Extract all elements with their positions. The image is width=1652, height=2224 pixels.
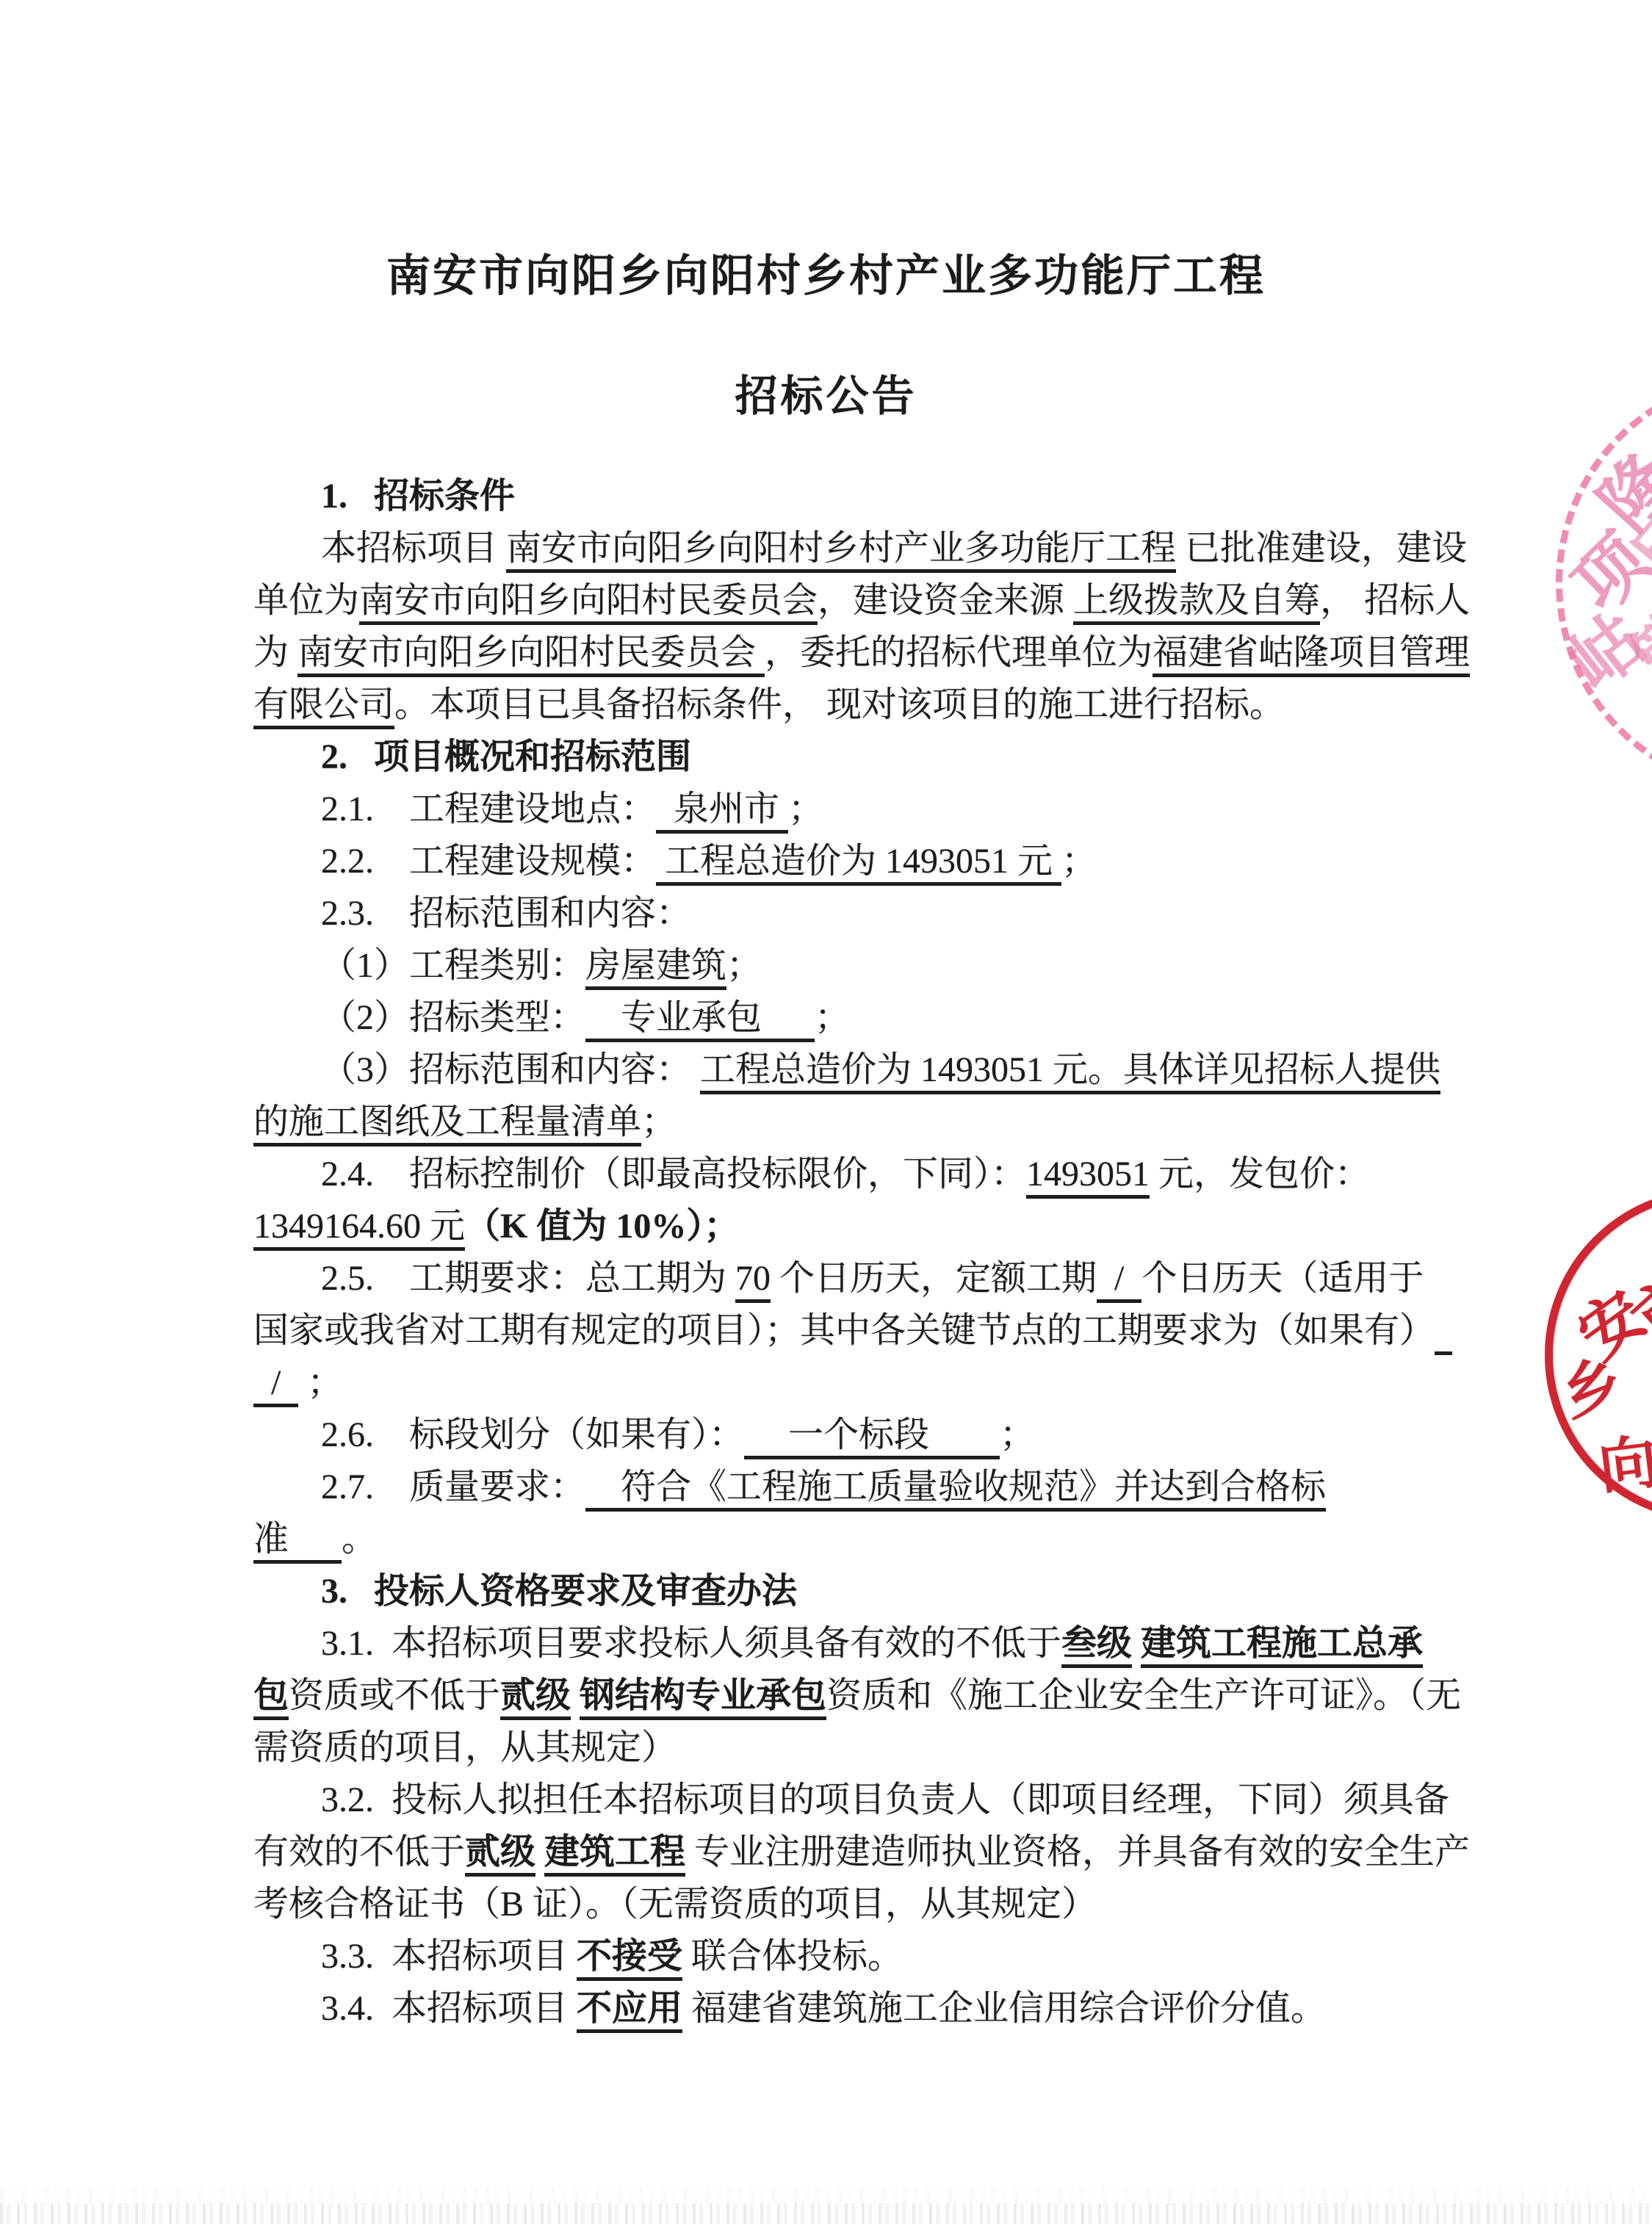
filled-in-value: 符合《工程施工质量验收规范》并达到合格标 (585, 1467, 1326, 1512)
filled-in-value: 南安市向阳乡向阳村乡村产业多功能厅工程 (506, 529, 1176, 573)
text-segment: 3.4. 本招标项目 (321, 1989, 577, 2028)
text-segment: 2.3. 招标范围和内容： (321, 894, 691, 933)
text-segment: 3.2. 投标人拟担任本招标项目的项目负责人（即项目经理，下同）须具备 (321, 1780, 1449, 1819)
seal-character: 隆 (1573, 428, 1652, 548)
filled-in-value: 上级拨款及自筹 (1073, 581, 1320, 625)
text-segment: 3.3. 本招标项目 (321, 1937, 577, 1976)
text-line: （3）招标范围和内容： 工程总造价为 1493051 元。具体详见招标人提供 (253, 1044, 1487, 1096)
seal-character: 安 (1557, 1266, 1652, 1376)
seal-ring (1545, 1188, 1652, 1522)
text-segment: 。本项目已具备招标条件， 现对该项目的施工进行招标。 (394, 685, 1285, 724)
text-segment: ； (726, 946, 762, 985)
text-segment: ； (641, 1102, 677, 1141)
filled-in-value: 建筑工程 (544, 1833, 685, 1877)
text-line: 本招标项目 南安市向阳乡向阳村乡村产业多功能厅工程 已批准建设，建设 (253, 522, 1487, 574)
text-segment (535, 1833, 544, 1871)
text-segment: ； (1000, 1415, 1035, 1454)
text-segment: （2）招标类型： (321, 998, 585, 1037)
seal-character: 市 (1609, 1249, 1652, 1360)
seal-character: 管 (1606, 580, 1652, 701)
text-segment: 1. 招标条件 (321, 477, 515, 516)
text-segment: ，委托的招标代理单位为 (765, 633, 1153, 672)
village-committee-red-seal: 市 安 乡 向阳村 (1545, 1188, 1652, 1522)
filled-in-value: 1349164.60 元 (253, 1207, 465, 1251)
text-line: 3.1. 本招标项目要求投标人须具备有效的不低于叁级 建筑工程施工总承 (253, 1617, 1487, 1669)
seal-character: 向阳村 (1593, 1397, 1652, 1505)
text-segment: 专业注册建造师执业资格，并具备有效的安全生产 (685, 1833, 1470, 1871)
text-line: 单位为南安市向阳乡向阳村民委员会，建设资金来源 上级拨款及自筹， 招标人 (253, 574, 1487, 627)
text-segment: ； (298, 1363, 342, 1402)
text-segment (1132, 1624, 1141, 1663)
filled-in-value: 工程总造价为 1493051 元。具体详见招标人提供 (700, 1050, 1440, 1094)
seal-character: 岵 (1544, 587, 1652, 710)
text-line: 1349164.60 元（K 值为 10%）； (253, 1200, 1487, 1252)
text-line: 有限公司。本项目已具备招标条件， 现对该项目的施工进行招标。 (253, 679, 1487, 731)
filled-in-value: 不应用 (577, 1989, 682, 2033)
text-segment: 已批准建设，建设 (1176, 529, 1467, 568)
text-line: （2）招标类型： 专业承包 ； (253, 992, 1487, 1044)
text-line: 1. 招标条件 (253, 470, 1487, 522)
filled-in-value: 一个标段 (744, 1415, 1000, 1459)
text-segment: （1）工程类别： (321, 946, 585, 985)
text-line: （1）工程类别：房屋建筑； (253, 939, 1487, 992)
text-line: 3. 投标人资格要求及审查办法 (253, 1565, 1487, 1617)
text-segment: 2.7. 质量要求： (321, 1467, 585, 1506)
text-line: / ； (253, 1357, 1487, 1409)
filled-in-value: 南安市向阳乡向阳村民委员会 (297, 633, 765, 677)
scanned-document-page: 南安市向阳乡向阳村乡村产业多功能厅工程 招标公告 1. 招标条件本招标项目 南安… (0, 0, 1652, 2224)
text-segment: ， 招标人 (1320, 581, 1470, 620)
text-segment: 2.6. 标段划分（如果有）： (321, 1415, 744, 1454)
filled-in-value: 建筑工程施工总承 (1141, 1624, 1423, 1668)
filled-in-value: 贰级 (465, 1833, 535, 1877)
filled-in-value: / (253, 1363, 298, 1407)
text-segment: 2.4. 招标控制价（即最高投标限价，下同）： (321, 1155, 1026, 1194)
filled-in-value: 的施工图纸及工程量清单 (253, 1102, 641, 1147)
text-segment: 个日历天，定额工期 (771, 1259, 1097, 1298)
filled-in-value: 70 (735, 1259, 771, 1303)
text-line: 包资质或不低于贰级 钢结构专业承包资质和《施工企业安全生产许可证》。（无 (253, 1669, 1487, 1722)
text-line: 为 南安市向阳乡向阳村民委员会 ，委托的招标代理单位为福建省岵隆项目管理 (253, 627, 1487, 679)
filled-in-value: 钢结构专业承包 (580, 1676, 826, 1720)
text-line: 2.4. 招标控制价（即最高投标限价，下同）：1493051 元，发包价： (253, 1148, 1487, 1200)
text-line: 准 。 (253, 1513, 1487, 1565)
text-line: 2. 项目概况和招标范围 (253, 731, 1487, 783)
agency-red-seal: 隆 项 目 岵 管 (1556, 373, 1652, 793)
document-title: 南安市向阳乡向阳村乡村产业多功能厅工程 (0, 241, 1652, 304)
text-segment: （3）招标范围和内容： (321, 1050, 700, 1089)
filled-in-value: 1493051 (1026, 1155, 1150, 1199)
text-line: 2.3. 招标范围和内容： (253, 887, 1487, 939)
text-line: 3.4. 本招标项目 不应用 福建省建筑施工企业信用综合评价分值。 (253, 1982, 1487, 2035)
text-segment: 2. 项目概况和招标范围 (321, 737, 691, 776)
filled-in-value: 泉州市 (656, 790, 788, 834)
seal-character: 项 (1547, 508, 1652, 629)
text-segment: 3.1. 本招标项目要求投标人须具备有效的不低于 (321, 1624, 1061, 1663)
text-line: 2.5. 工期要求：总工期为 70 个日历天，定额工期 / 个日历天（适用于 (253, 1252, 1487, 1304)
text-line: 2.7. 质量要求： 符合《工程施工质量验收规范》并达到合格标 (253, 1461, 1487, 1513)
filled-in-value: 叁级 (1061, 1624, 1132, 1668)
text-segment: 为 (253, 633, 297, 672)
filled-in-value: 福建省岵隆项目管理 (1153, 633, 1470, 677)
document-body: 1. 招标条件本招标项目 南安市向阳乡向阳村乡村产业多功能厅工程 已批准建设，建… (253, 470, 1487, 2035)
filled-in-value: 包 (253, 1676, 289, 1720)
text-line: 考核合格证书（B 证）。（无需资质的项目，从其规定） (253, 1878, 1487, 1930)
text-segment: 需资质的项目，从其规定） (253, 1728, 677, 1767)
text-segment: 2.2. 工程建设规模： (321, 842, 656, 881)
text-segment: 2.5. 工期要求：总工期为 (321, 1259, 735, 1298)
text-segment: ； (788, 790, 823, 828)
text-line: 国家或我省对工期有规定的项目）；其中各关键节点的工期要求为（如果有） (253, 1304, 1487, 1357)
text-segment: 资质和《施工企业安全生产许可证》。（无 (826, 1676, 1461, 1715)
text-segment: 考核合格证书（B 证）。（无需资质的项目，从其规定） (253, 1885, 1097, 1924)
text-line: 2.1. 工程建设地点： 泉州市 ； (253, 783, 1487, 835)
text-segment: 福建省建筑施工企业信用综合评价分值。 (682, 1989, 1326, 2028)
seal-character: 目 (1604, 483, 1652, 602)
text-segment: 个日历天（适用于 (1141, 1259, 1424, 1298)
scan-artifact-band (0, 2186, 1652, 2205)
text-segment: （K 值为 10%）； (465, 1207, 739, 1246)
text-segment: ； (1061, 842, 1097, 881)
text-segment: 单位为 (253, 581, 359, 620)
text-line: 2.2. 工程建设规模： 工程总造价为 1493051 元 ； (253, 835, 1487, 887)
text-segment: 国家或我省对工期有规定的项目）；其中各关键节点的工期要求为（如果有） (253, 1311, 1435, 1350)
filled-in-value: 贰级 (500, 1676, 571, 1720)
filled-in-value: / (1097, 1259, 1141, 1303)
filled-in-value: 有限公司 (253, 685, 394, 729)
document-subtitle: 招标公告 (0, 361, 1652, 423)
text-segment: 本招标项目 (321, 529, 506, 568)
text-segment: 联合体投标。 (682, 1937, 903, 1976)
text-line: 的施工图纸及工程量清单； (253, 1096, 1487, 1148)
filled-in-value: 专业承包 (585, 998, 815, 1042)
text-line: 需资质的项目，从其规定） (253, 1722, 1487, 1774)
text-segment: 3. 投标人资格要求及审查办法 (321, 1572, 797, 1611)
filled-in-value (1435, 1311, 1452, 1355)
filled-in-value: 房屋建筑 (585, 946, 726, 990)
text-line: 有效的不低于贰级 建筑工程 专业注册建造师执业资格，并具备有效的安全生产 (253, 1826, 1487, 1878)
filled-in-value: 工程总造价为 1493051 元 (656, 842, 1061, 886)
text-segment: ，建设资金来源 (818, 581, 1073, 620)
text-segment: 2.1. 工程建设地点： (321, 790, 656, 828)
text-segment: 资质或不低于 (289, 1676, 500, 1715)
text-line: 3.2. 投标人拟担任本招标项目的项目负责人（即项目经理，下同）须具备 (253, 1774, 1487, 1826)
scan-artifact-bottom-edge (0, 2203, 1652, 2224)
text-line: 2.6. 标段划分（如果有）： 一个标段 ； (253, 1409, 1487, 1461)
text-segment: 。 (342, 1520, 377, 1559)
text-segment: 元，发包价： (1150, 1155, 1370, 1194)
filled-in-value: 不接受 (577, 1937, 682, 1981)
filled-in-value: 准 (253, 1520, 342, 1564)
text-segment: ； (815, 998, 850, 1037)
filled-in-value: 南安市向阳乡向阳村民委员会 (359, 581, 818, 625)
text-segment: 有效的不低于 (253, 1833, 465, 1871)
text-line: 3.3. 本招标项目 不接受 联合体投标。 (253, 1930, 1487, 1982)
text-segment (571, 1676, 580, 1715)
seal-character: 乡 (1551, 1335, 1631, 1432)
